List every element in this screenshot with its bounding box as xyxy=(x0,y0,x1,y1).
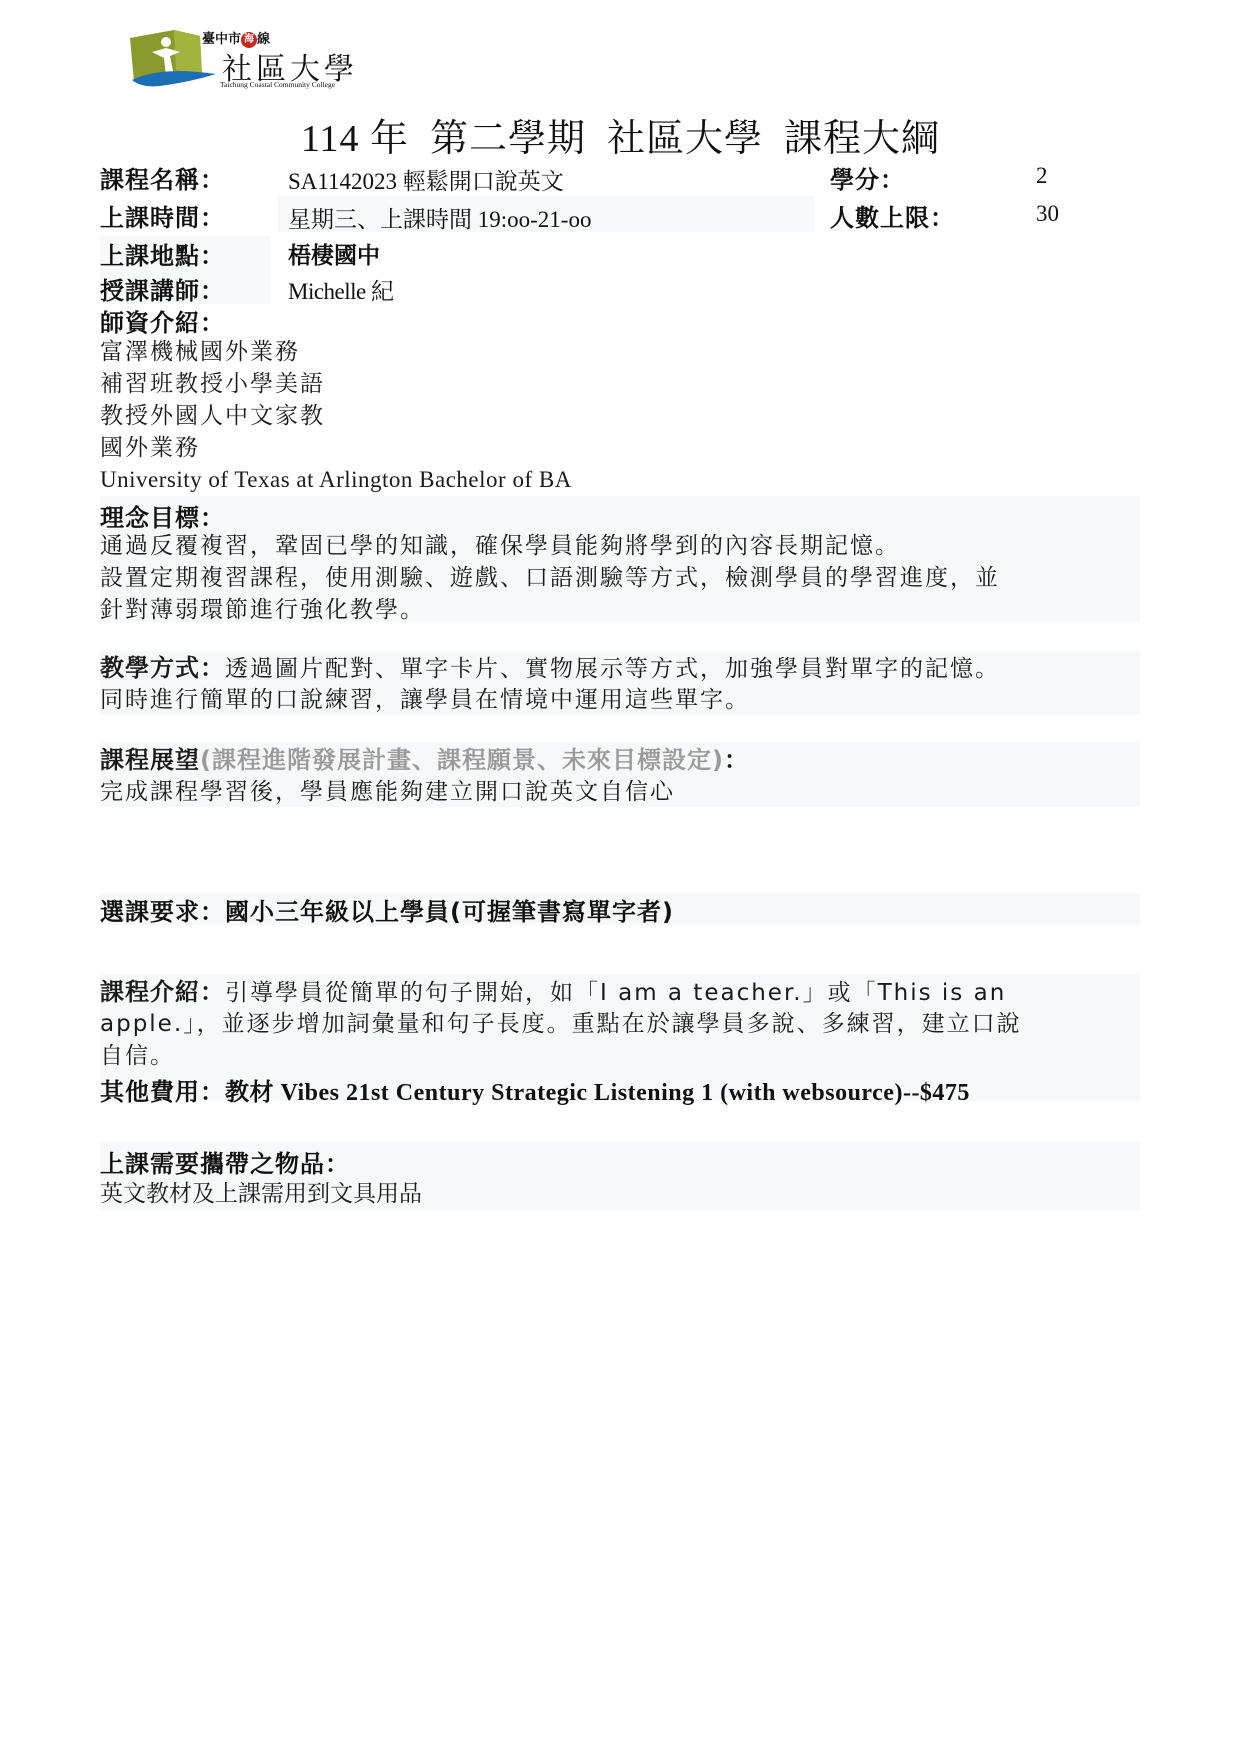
school-logo: 臺中市海線 社區大學 Taichung Coastal Community Co… xyxy=(130,26,370,92)
bio-line: 教授外國人中文家教 xyxy=(100,400,325,432)
method-line-1: 教學方式：透過圖片配對、單字卡片、實物展示等方式，加強學員對單字的記憶。 xyxy=(100,652,1000,685)
course-name-value: SA1142023 輕鬆開口說英文 xyxy=(288,163,564,196)
logo-english-name: Taichung Coastal Community College xyxy=(220,80,335,89)
bio-line: 國外業務 xyxy=(100,432,200,464)
method-label: 教學方式： xyxy=(100,654,225,682)
method-line-2: 同時進行簡單的口說練習，讓學員在情境中運用這些單字。 xyxy=(100,684,750,716)
items-label: 上課需要攜帶之物品： xyxy=(100,1144,350,1179)
method-text: 透過圖片配對、單字卡片、實物展示等方式，加強學員對單字的記憶。 xyxy=(225,656,1000,682)
instructor-value: Michelle 紀 xyxy=(288,273,394,306)
goals-line: 設置定期複習課程，使用測驗、遊戲、口語測驗等方式，檢測學員的學習進度，並 xyxy=(100,562,1000,594)
bio-line: 富澤機械國外業務 xyxy=(100,336,300,368)
credits-value: 2 xyxy=(1036,163,1048,189)
capacity-value: 30 xyxy=(1036,201,1059,227)
items-text: 英文教材及上課需用到文具用品 xyxy=(100,1178,422,1210)
page-title: 114 年 第二學期 社區大學 課程大綱 xyxy=(0,107,1241,162)
outlook-colon: ： xyxy=(724,746,749,774)
fees-label: 其他費用： xyxy=(100,1078,225,1106)
intro-line-3: 自信。 xyxy=(100,1040,175,1072)
time-label: 上課時間： xyxy=(100,198,225,233)
bio-label: 師資介紹： xyxy=(100,303,225,338)
credits-label: 學分： xyxy=(830,160,905,195)
fees-text: 教材 Vibes 21st Century Strategic Listenin… xyxy=(225,1080,970,1106)
goals-line: 針對薄弱環節進行強化教學。 xyxy=(100,594,425,626)
location-value: 梧棲國中 xyxy=(288,237,380,270)
time-value: 星期三、上課時間 19:oo-21-oo xyxy=(288,201,591,234)
requirement-label: 選課要求： xyxy=(100,898,225,926)
intro-text-1: 引導學員從簡單的句子開始，如「I am a teacher.」或「This is… xyxy=(225,980,1006,1006)
outlook-heading: 課程展望(課程進階發展計畫、課程願景、未來目標設定)： xyxy=(100,744,749,777)
intro-line-1: 課程介紹：引導學員從簡單的句子開始，如「I am a teacher.」或「Th… xyxy=(100,976,1006,1009)
capacity-label: 人數上限： xyxy=(830,198,955,233)
location-label: 上課地點： xyxy=(100,236,225,271)
intro-label: 課程介紹： xyxy=(100,978,225,1006)
outlook-label: 課程展望 xyxy=(100,746,200,774)
outlook-text: 完成課程學習後，學員應能夠建立開口說英文自信心 xyxy=(100,776,675,808)
course-name-label: 課程名稱： xyxy=(100,160,225,195)
requirement-line: 選課要求：國小三年級以上學員(可握筆書寫單字者) xyxy=(100,892,674,927)
requirement-text: 國小三年級以上學員(可握筆書寫單字者) xyxy=(225,898,674,926)
outlook-hint: (課程進階發展計畫、課程願景、未來目標設定) xyxy=(200,746,724,774)
intro-line-2: apple.」，並逐步增加詞彙量和句子長度。重點在於讓學員多說、多練習，建立口說 xyxy=(100,1008,1022,1040)
instructor-label: 授課講師： xyxy=(100,271,225,306)
fees-line: 其他費用：教材 Vibes 21st Century Strategic Lis… xyxy=(100,1072,970,1107)
goals-line: 通過反覆複習，鞏固已學的知識，確保學員能夠將學到的內容長期記憶。 xyxy=(100,530,900,562)
bio-line: University of Texas at Arlington Bachelo… xyxy=(100,464,572,496)
goals-label: 理念目標： xyxy=(100,498,225,533)
bio-line: 補習班教授小學美語 xyxy=(100,368,325,400)
